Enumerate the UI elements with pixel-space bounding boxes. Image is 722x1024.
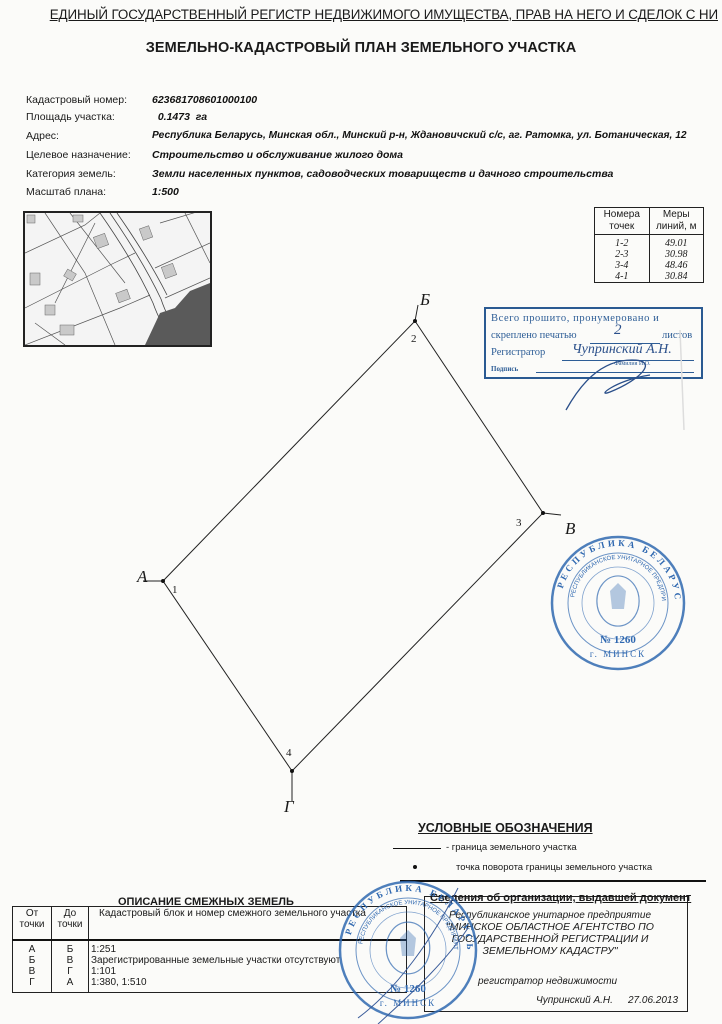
legend-title: УСЛОВНЫЕ ОБОЗНАЧЕНИЯ bbox=[418, 821, 593, 835]
vertex-number: 2 bbox=[411, 333, 417, 345]
desc-cell: 1:251 bbox=[89, 940, 407, 955]
to-header: До точки bbox=[52, 907, 89, 941]
org-line: ГОСУДАРСТВЕННОЙ РЕГИСТРАЦИИ И bbox=[430, 933, 670, 945]
divider bbox=[400, 880, 706, 882]
registrar-position: регистратор недвижимости bbox=[478, 976, 617, 987]
from-header: От точки bbox=[13, 907, 52, 941]
issuing-org-title: Сведения об организации, выдавшей докуме… bbox=[430, 892, 691, 904]
table-row: Г А 1:380, 1:510 bbox=[13, 977, 407, 993]
vertex-number: 3 bbox=[516, 517, 522, 529]
turning-point bbox=[290, 769, 294, 773]
from-cell: Б bbox=[13, 955, 52, 966]
org-line: "МИНСКОЕ ОБЛАСТНОЕ АГЕНТСТВО ПО bbox=[430, 921, 670, 933]
legend-point-text: точка поворота границы земельного участк… bbox=[456, 862, 652, 873]
signature-stroke bbox=[566, 360, 650, 410]
vertex-letter: А bbox=[136, 567, 148, 586]
table-row: Б В Зарегистрированные земельные участки… bbox=[13, 955, 407, 966]
desc-cell: 1:101 bbox=[89, 966, 407, 977]
desc-header: Кадастровый блок и номер смежного земель… bbox=[89, 907, 407, 941]
to-cell: Б bbox=[52, 940, 89, 955]
org-line: ЗЕМЕЛЬНОМУ КАДАСТРУ" bbox=[430, 945, 670, 957]
vertex-number: 1 bbox=[172, 584, 178, 596]
table-row: В Г 1:101 bbox=[13, 966, 407, 977]
table-row: А Б 1:251 bbox=[13, 940, 407, 955]
desc-cell: 1:380, 1:510 bbox=[89, 977, 407, 993]
issuing-org-name: Республиканское унитарное предприятие "М… bbox=[430, 910, 670, 957]
turning-point bbox=[161, 579, 165, 583]
to-cell: А bbox=[52, 977, 89, 993]
from-cell: А bbox=[13, 940, 52, 955]
turning-point bbox=[541, 511, 545, 515]
legend-boundary-text: - граница земельного участка bbox=[446, 842, 577, 853]
signatory-name: Чупринский А.Н. bbox=[536, 995, 613, 1006]
boundary-line-symbol bbox=[393, 848, 441, 849]
to-cell: В bbox=[52, 955, 89, 966]
desc-cell: Зарегистрированные земельные участки отс… bbox=[89, 955, 407, 966]
vertex-letter: Б bbox=[419, 290, 430, 309]
parcel-boundary bbox=[163, 321, 543, 771]
vertex-number: 4 bbox=[286, 747, 292, 759]
adjacent-lands-table: От точки До точки Кадастровый блок и ном… bbox=[12, 906, 407, 993]
from-cell: В bbox=[13, 966, 52, 977]
to-cell: Г bbox=[52, 966, 89, 977]
org-line: Республиканское унитарное предприятие bbox=[430, 910, 670, 921]
turning-point bbox=[413, 319, 417, 323]
turning-point-symbol bbox=[413, 865, 417, 869]
vertex-letter: Г bbox=[283, 797, 295, 816]
from-cell: Г bbox=[13, 977, 52, 993]
vertex-letter: В bbox=[565, 519, 576, 538]
issue-date: 27.06.2013 bbox=[628, 995, 678, 1006]
